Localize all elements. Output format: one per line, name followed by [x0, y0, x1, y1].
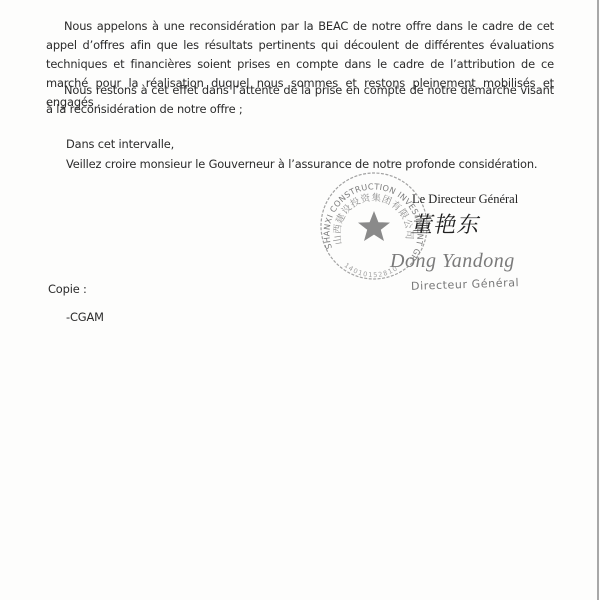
interim-text: Dans cet intervalle, [66, 137, 174, 151]
page-edge [597, 0, 599, 600]
closing-formula: Veillez croire monsieur le Gouverneur à … [66, 157, 537, 171]
paragraph-attente: Nous restons à cet effet dans l’attente … [46, 81, 554, 119]
copy-label: Copie : [48, 282, 87, 296]
signatory-name: Dong Yandong [390, 250, 515, 273]
handwritten-signature: 董艳东 [409, 208, 485, 239]
signatory-title: Le Directeur Général [412, 192, 518, 207]
star-icon [358, 211, 390, 241]
copy-recipient: -CGAM [66, 310, 104, 324]
signatory-role: Directeur Général [411, 276, 520, 293]
